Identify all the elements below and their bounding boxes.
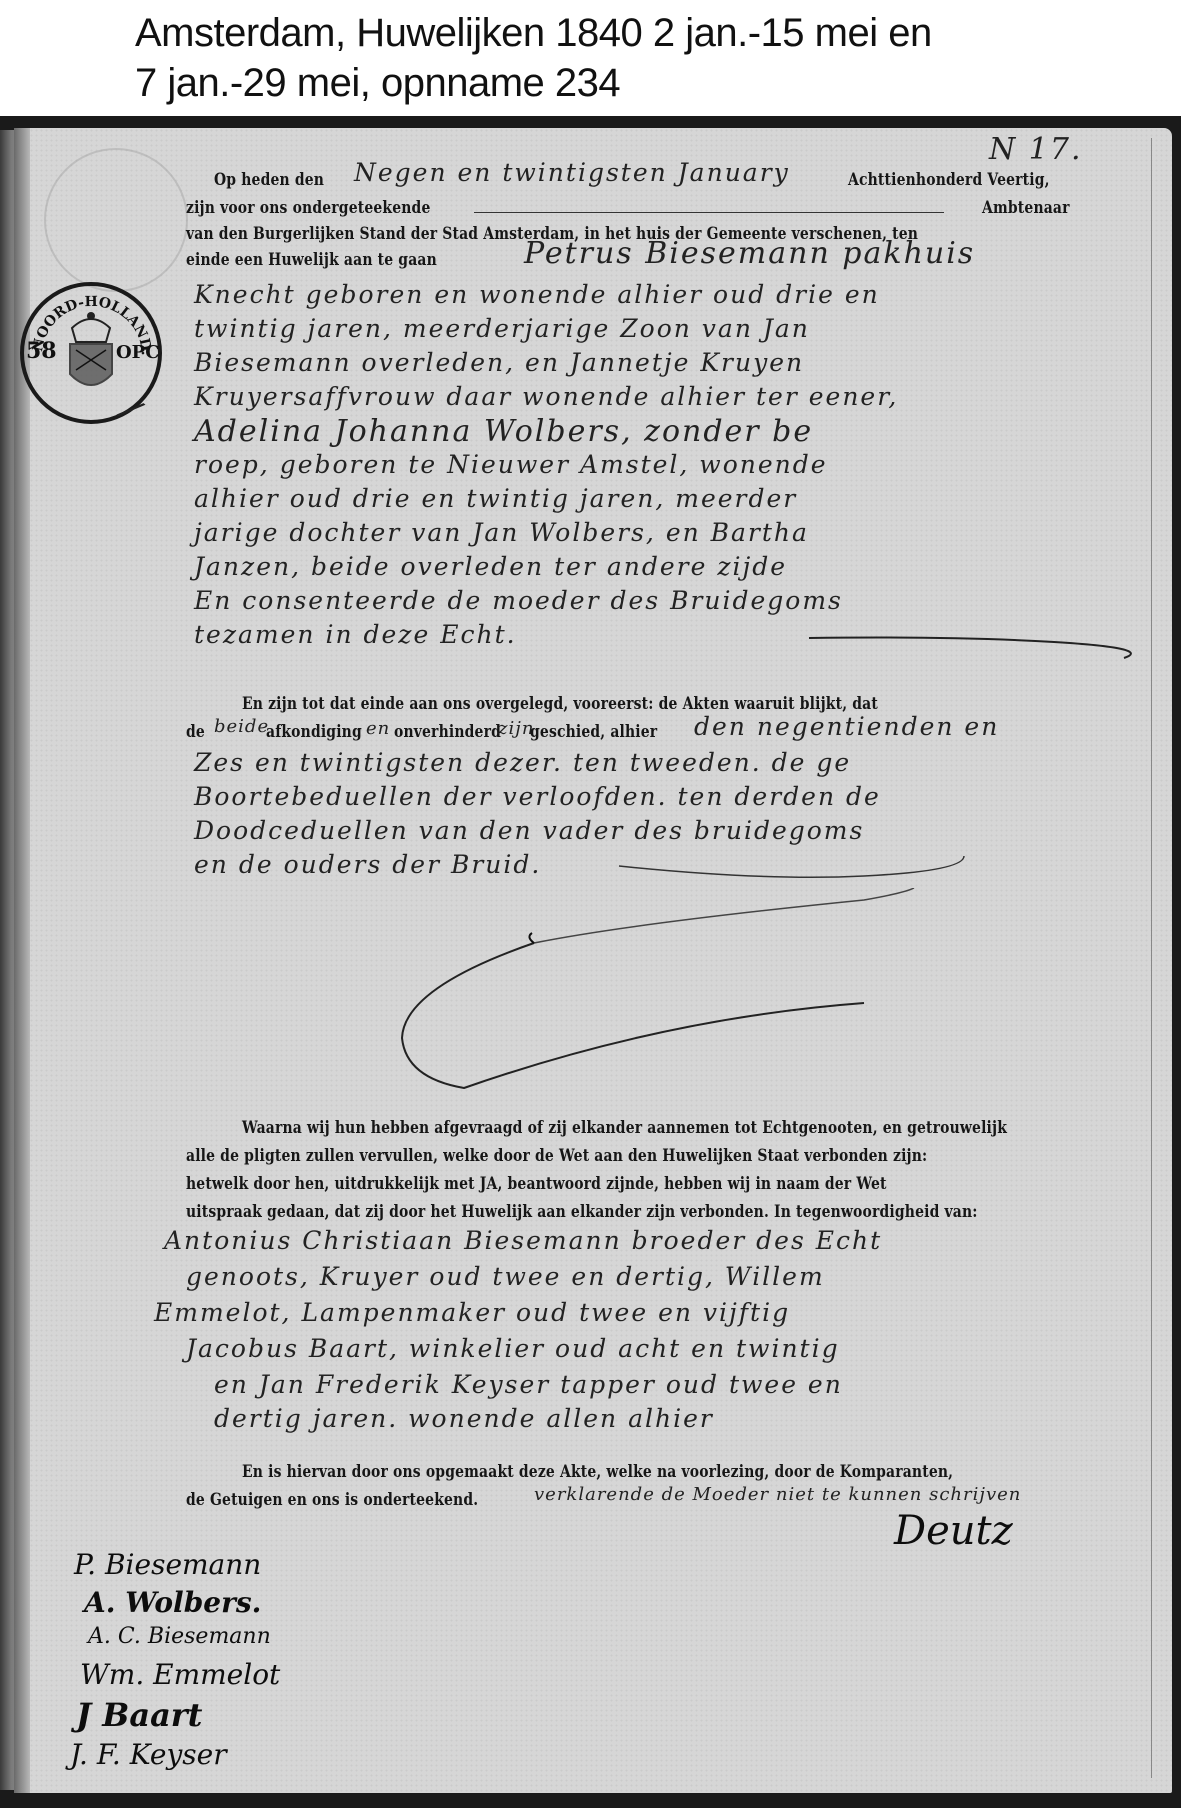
marriage-record-page: N 17. NOORD-HOLLAND. 58 OPC / Op heden d…: [14, 128, 1172, 1793]
record-number: N 17.: [989, 132, 1083, 167]
hand-line: Knecht geboren en wonende alhier oud dri…: [194, 280, 880, 309]
vows-line-4: uitspraak gedaan, dat zij door het Huwel…: [186, 1202, 978, 1222]
intro-line-1-suffix: Achttienhonderd Veertig,: [848, 170, 1050, 190]
intro-line-4-prefix: einde een Huwelijk aan te gaan: [186, 250, 437, 270]
blank-space-flourish: [384, 888, 944, 1108]
hand-line: Biesemann overleden, en Jannetje Kruyen: [194, 348, 804, 377]
hand-line: jarige dochter van Jan Wolbers, en Barth…: [194, 518, 809, 547]
documents-hand-beide: beide: [214, 716, 269, 737]
signature-official: Deutz: [894, 1508, 1013, 1554]
witness-line: dertig jaren. wonende allen alhier: [214, 1404, 714, 1433]
witness-line: en Jan Frederik Keyser tapper oud twee e…: [214, 1370, 843, 1399]
documents-de: de: [186, 722, 205, 742]
stamp-value: 58: [26, 338, 57, 364]
vows-line-3: hetwelk door hen, uitdrukkelijk met JA, …: [186, 1174, 887, 1194]
closing-line-2: de Getuigen en ons is onderteekend.: [186, 1490, 478, 1510]
hand-line: twintig jaren, meerderjarige Zoon van Ja…: [194, 314, 810, 343]
signature-groom: P. Biesemann: [74, 1548, 261, 1581]
hand-line: Kruyersaffvrouw daar wonende alhier ter …: [194, 382, 898, 411]
vows-line-1: Waarna wij hun hebben afgevraagd of zij …: [242, 1118, 1007, 1138]
blank-rule: [474, 212, 944, 213]
embossed-seal: [44, 148, 188, 292]
closing-flourish: [804, 628, 1134, 668]
documents-geschied: geschied, alhier: [530, 722, 657, 742]
intro-line-2-suffix: Ambtenaar: [982, 198, 1070, 218]
intro-line-2-prefix: zijn voor ons ondergeteekende: [186, 198, 431, 218]
hand-line: Janzen, beide overleden ter andere zijde: [194, 552, 787, 581]
documents-hand-line: Zes en twintigsten dezer. ten tweeden. d…: [194, 748, 851, 777]
documents-afkondiging: afkondiging: [266, 722, 362, 742]
signature-witness: J Baart: [76, 1696, 202, 1734]
signature-witness: J. F. Keyser: [70, 1738, 227, 1771]
marriage-date-hand: Negen en twintigsten January: [354, 158, 790, 187]
vows-line-2: alle de pligten zullen vervullen, welke …: [186, 1146, 927, 1166]
signature-witness: Wm. Emmelot: [80, 1658, 280, 1691]
documents-onverhinderd: onverhinderd: [394, 722, 501, 742]
closing-hand-note: verklarende de Moeder niet te kunnen sch…: [534, 1484, 1021, 1505]
caption-line-1: Amsterdam, Huwelijken 1840 2 jan.-15 mei…: [135, 8, 1135, 58]
signature-witness: A. C. Biesemann: [88, 1624, 271, 1649]
hand-line: En consenteerde de moeder des Bruidegoms: [194, 586, 843, 615]
stamp-unit: OPC: [116, 342, 160, 363]
archive-caption: Amsterdam, Huwelijken 1840 2 jan.-15 mei…: [135, 8, 1135, 108]
hand-line: alhier oud drie en twintig jaren, meerde…: [194, 484, 797, 513]
hand-line: roep, geboren te Nieuwer Amstel, wonende: [194, 450, 828, 479]
documents-hand-en: en: [366, 718, 390, 739]
page-edge-line: [1151, 138, 1152, 1778]
witness-line: Emmelot, Lampenmaker oud twee en vijftig: [154, 1298, 790, 1327]
caption-line-2: 7 jan.-29 mei, opnname 234: [135, 58, 1135, 108]
signature-bride: A. Wolbers.: [84, 1586, 261, 1619]
documents-line-1: En zijn tot dat einde aan ons overgelegd…: [242, 694, 878, 714]
closing-line-1: En is hiervan door ons opgemaakt deze Ak…: [242, 1462, 953, 1482]
witness-line: Jacobus Baart, winkelier oud acht en twi…: [186, 1334, 840, 1363]
documents-hand-zijn: zijn: [498, 718, 534, 739]
documents-hand-line: Boortebeduellen der verloofden. ten derd…: [194, 782, 881, 811]
witness-line: Antonius Christiaan Biesemann broeder de…: [164, 1226, 882, 1255]
documents-hand-line: Doodceduellen van den vader des bruidego…: [194, 816, 864, 845]
documents-hand-line: en de ouders der Bruid.: [194, 850, 541, 879]
documents-hand-date: den negentienden en: [694, 712, 999, 741]
hand-line: tezamen in deze Echt.: [194, 620, 517, 649]
intro-line-1-prefix: Op heden den: [214, 170, 324, 190]
witness-line: genoots, Kruyer oud twee en dertig, Will…: [186, 1262, 825, 1291]
scanned-document: N 17. NOORD-HOLLAND. 58 OPC / Op heden d…: [0, 116, 1181, 1808]
groom-name-hand: Petrus Biesemann pakhuis: [524, 236, 975, 271]
bride-name-hand: Adelina Johanna Wolbers, zonder be: [194, 414, 813, 449]
